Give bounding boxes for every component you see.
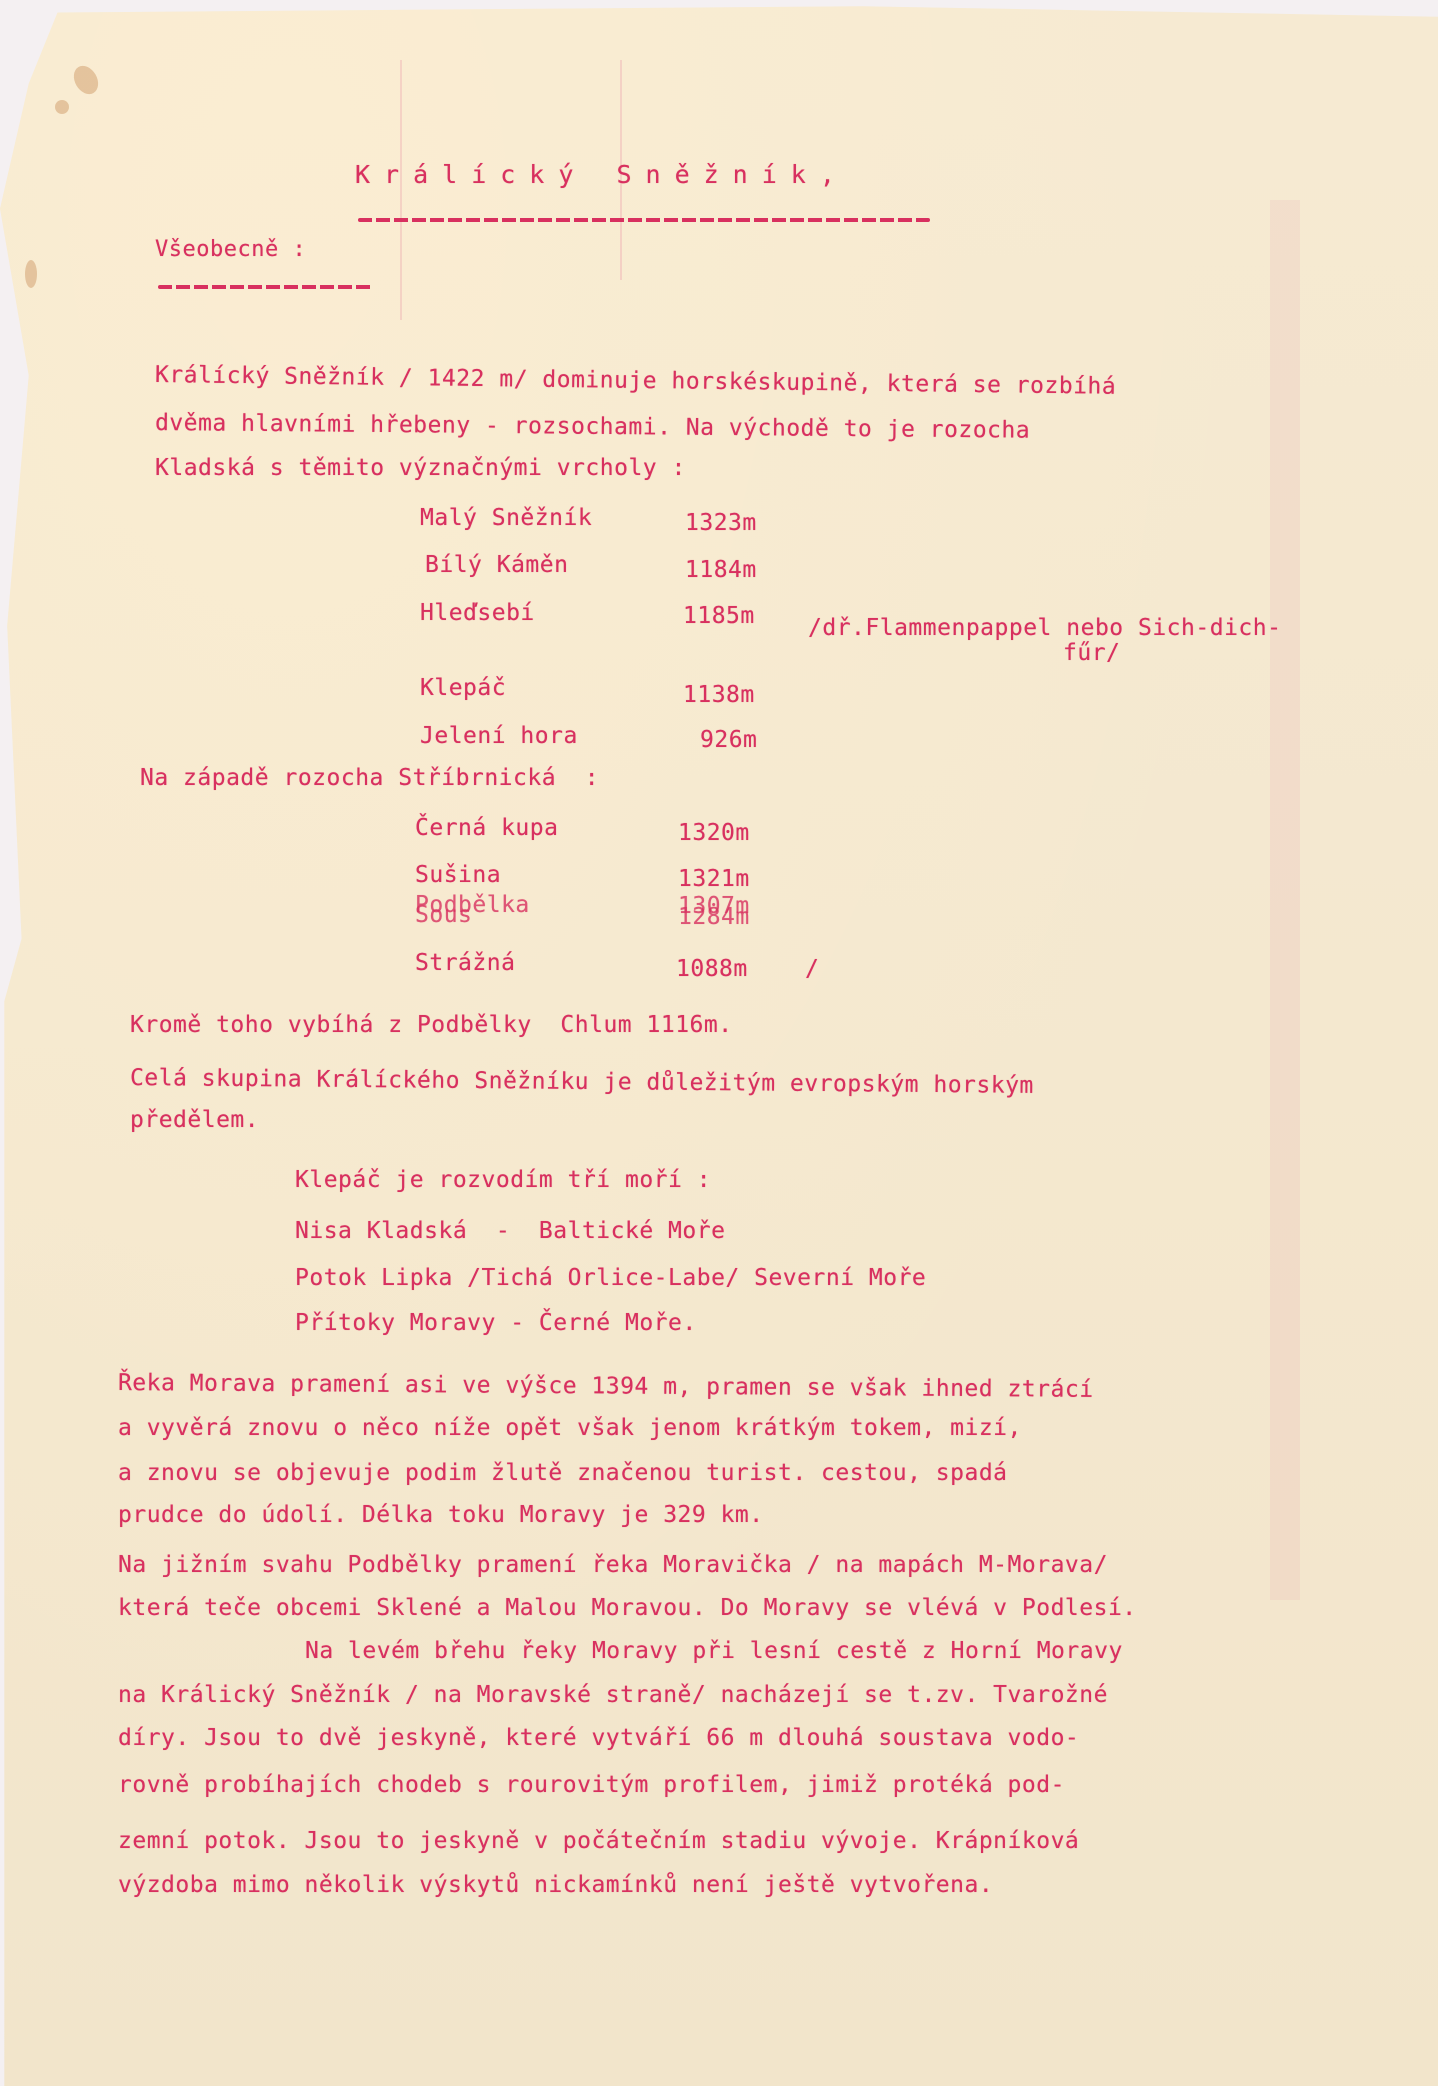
peak-height: 1184m [685,557,757,583]
peak-name: Strážná [415,950,515,976]
peak-name: Sušina [415,862,501,888]
peak-note: /dř.Flammenpappel nebo Sich-dich- [808,615,1281,641]
cave-line: na Králický Sněžník / na Moravské straně… [118,1682,1108,1708]
sea-item: Nisa Kladská - Baltické Moře [295,1218,725,1244]
peak-name: Bílý Káměn [425,552,568,578]
section-underline [158,285,373,289]
seas-intro: Klepáč je rozvodím tří moří : [295,1167,711,1193]
cave-line: Na levém břehu řeky Moravy při lesní ces… [305,1638,1123,1664]
sea-item: Potok Lipka /Tichá Orlice-Labe/ Severní … [295,1265,926,1291]
divide-line: předělem. [130,1107,259,1133]
peak-note-continued: fűr/ [1063,640,1120,666]
cave-line: výzdoba mimo několik výskytů nickamínků … [118,1872,993,1898]
peak-name: Černá kupa [415,815,558,841]
morava-line: a vyvěrá znovu o něco níže opět však jen… [118,1415,1022,1441]
peak-trail: / [805,956,819,982]
peak-name: Jelení hora [420,723,578,749]
page-title: Králícký Sněžník, [355,160,849,189]
morava-line: Na jižním svahu Podbělky pramení řeka Mo… [118,1552,1108,1578]
peak-name: Sous [415,902,472,928]
cave-line: rovně probíhajích chodeb s rourovitým pr… [118,1772,1065,1798]
ink-streak [400,60,402,320]
rust-stain [55,100,69,114]
peak-height: 1088m [676,956,748,982]
peak-name: Malý Sněžník [420,505,592,531]
peak-height: 1320m [678,820,750,846]
peak-height: 1138m [683,682,755,708]
title-underline [358,218,930,222]
sea-item: Přítoky Moravy - Černé Moře. [295,1310,697,1336]
peak-height: 1284m [678,904,750,930]
morava-line: a znovu se objevuje podim žlutě značenou… [118,1460,1008,1486]
morava-line: prudce do údolí. Délka toku Moravy je 32… [118,1502,764,1528]
peak-height: 1321m [678,866,750,892]
peak-name: Hleďsebí [420,600,535,626]
peak-height: 926m [700,727,757,753]
cave-line: zemní potok. Jsou to jeskyně v počáteční… [118,1828,1079,1854]
peak-name: Klepáč [420,675,506,701]
intro-line: Kladská s těmito význačnými vrcholy : [155,455,686,481]
morava-line: která teče obcemi Sklené a Malou Moravou… [118,1595,1137,1621]
chlum-line: Kromě toho vybíhá z Podbělky Chlum 1116m… [130,1012,733,1038]
section-heading: Všeobecně : [155,237,306,262]
rust-stain [25,260,37,288]
peak-height: 1323m [685,510,757,536]
west-intro: Na západě rozocha Stříbrnická : [140,765,599,791]
ink-streak [1270,200,1300,1600]
cave-line: díry. Jsou to dvě jeskyně, které vytváří… [118,1725,1079,1751]
peak-height: 1185m [683,603,755,629]
